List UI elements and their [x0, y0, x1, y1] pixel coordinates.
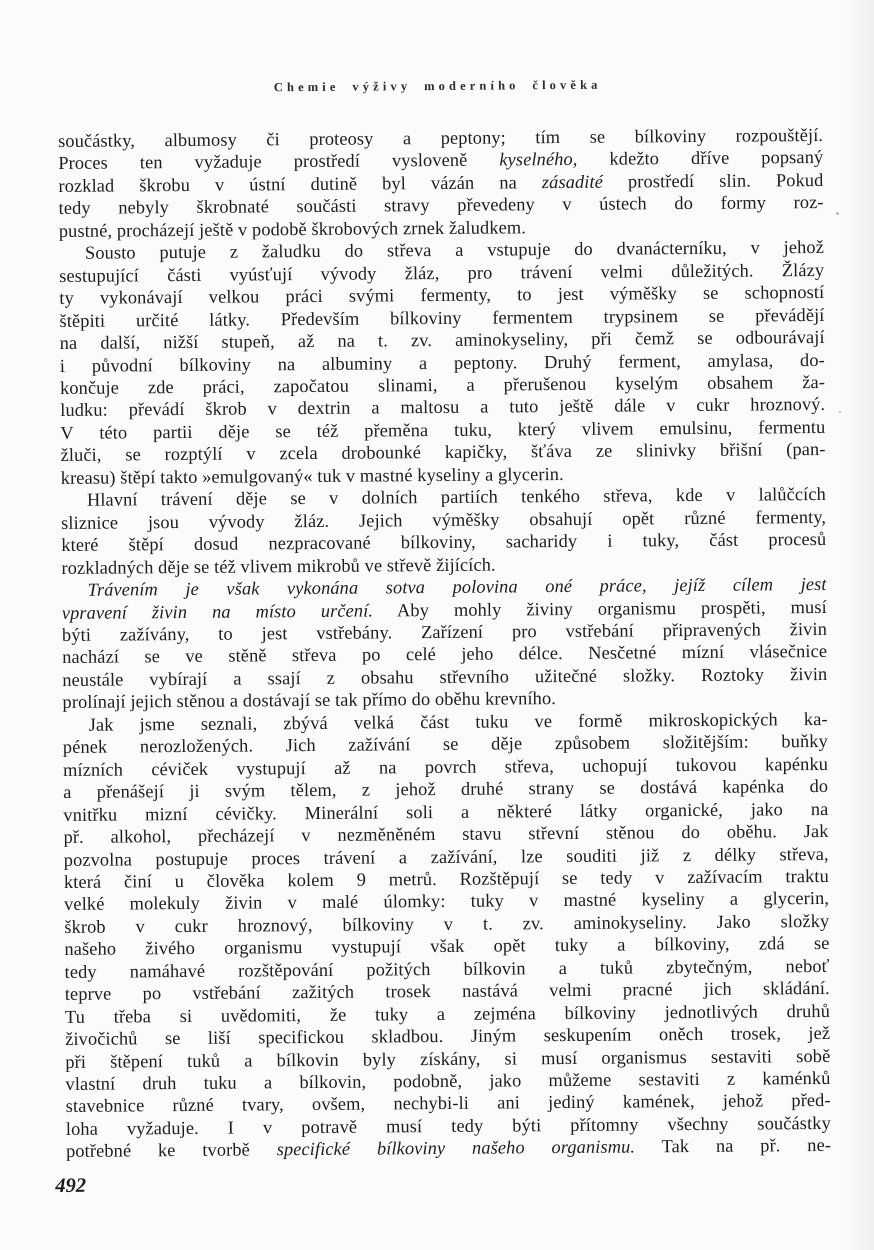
- page-number: 492: [55, 1175, 86, 1198]
- paragraph: Sousto putuje z žaludku do střeva a vstu…: [59, 236, 826, 489]
- page-body: součástky, albumosy či proteosy a pepton…: [58, 124, 831, 1163]
- text-segment: kreasu) štěpí takto »emulgovaný« tuk v m…: [61, 464, 564, 488]
- text-segment: Tak na př. ne-: [635, 1135, 831, 1157]
- text-segment: rozkladných děje se též vlivem mikrobů v…: [61, 554, 495, 577]
- text-segment: žluči, se rozptýlí v zcela drobounké kap…: [60, 439, 825, 465]
- italic-text-segment: specifické bílkoviny našeho organismu.: [277, 1137, 636, 1160]
- text-segment: Proces ten vyžaduje prostředí vysloveně: [58, 150, 499, 173]
- text-segment: prolínají jejich stěnou a dostávají se t…: [62, 688, 556, 712]
- text-segment: tedy nebyly škrobnaté součásti stravy př…: [59, 192, 824, 218]
- paragraph: Jak jsme seznali, zbývá velká část tuku …: [63, 708, 832, 1163]
- paragraph: součástky, albumosy či proteosy a pepton…: [58, 124, 824, 242]
- paragraph: Trávením je však vykonána sotva polovina…: [62, 573, 828, 714]
- text-segment: kdežto dříve popsaný: [577, 147, 823, 169]
- italic-text-segment: vpravení živin na místo určení.: [62, 600, 373, 622]
- text-segment: potřebné ke tvorbě: [66, 1140, 277, 1162]
- book-page: Chemie výživy moderního člověka součástk…: [0, 0, 874, 1250]
- running-header: Chemie výživy moderního člověka: [1, 76, 874, 98]
- text-segment: Aby mohly živiny organismu prospěti, mus…: [373, 596, 827, 620]
- text-segment: pustné, procházejí ještě v podobě škrobo…: [59, 217, 526, 241]
- italic-text-segment: kyselného,: [499, 149, 577, 170]
- italic-text-segment: zásadité: [542, 172, 603, 192]
- text-segment: které štěpí dosud nezpracované bílkoviny…: [61, 529, 826, 555]
- text-segment: rozklad škrobu v ústní dutině byl vázán …: [58, 172, 542, 196]
- text-segment: prostředí slin. Pokud: [603, 170, 824, 192]
- paragraph: Hlavní trávení děje se v dolních partiíc…: [61, 483, 827, 579]
- text-line: potřebné ke tvorbě specifické bílkoviny …: [66, 1134, 831, 1162]
- scanned-sheet: Chemie výživy moderního člověka součástk…: [0, 0, 874, 1250]
